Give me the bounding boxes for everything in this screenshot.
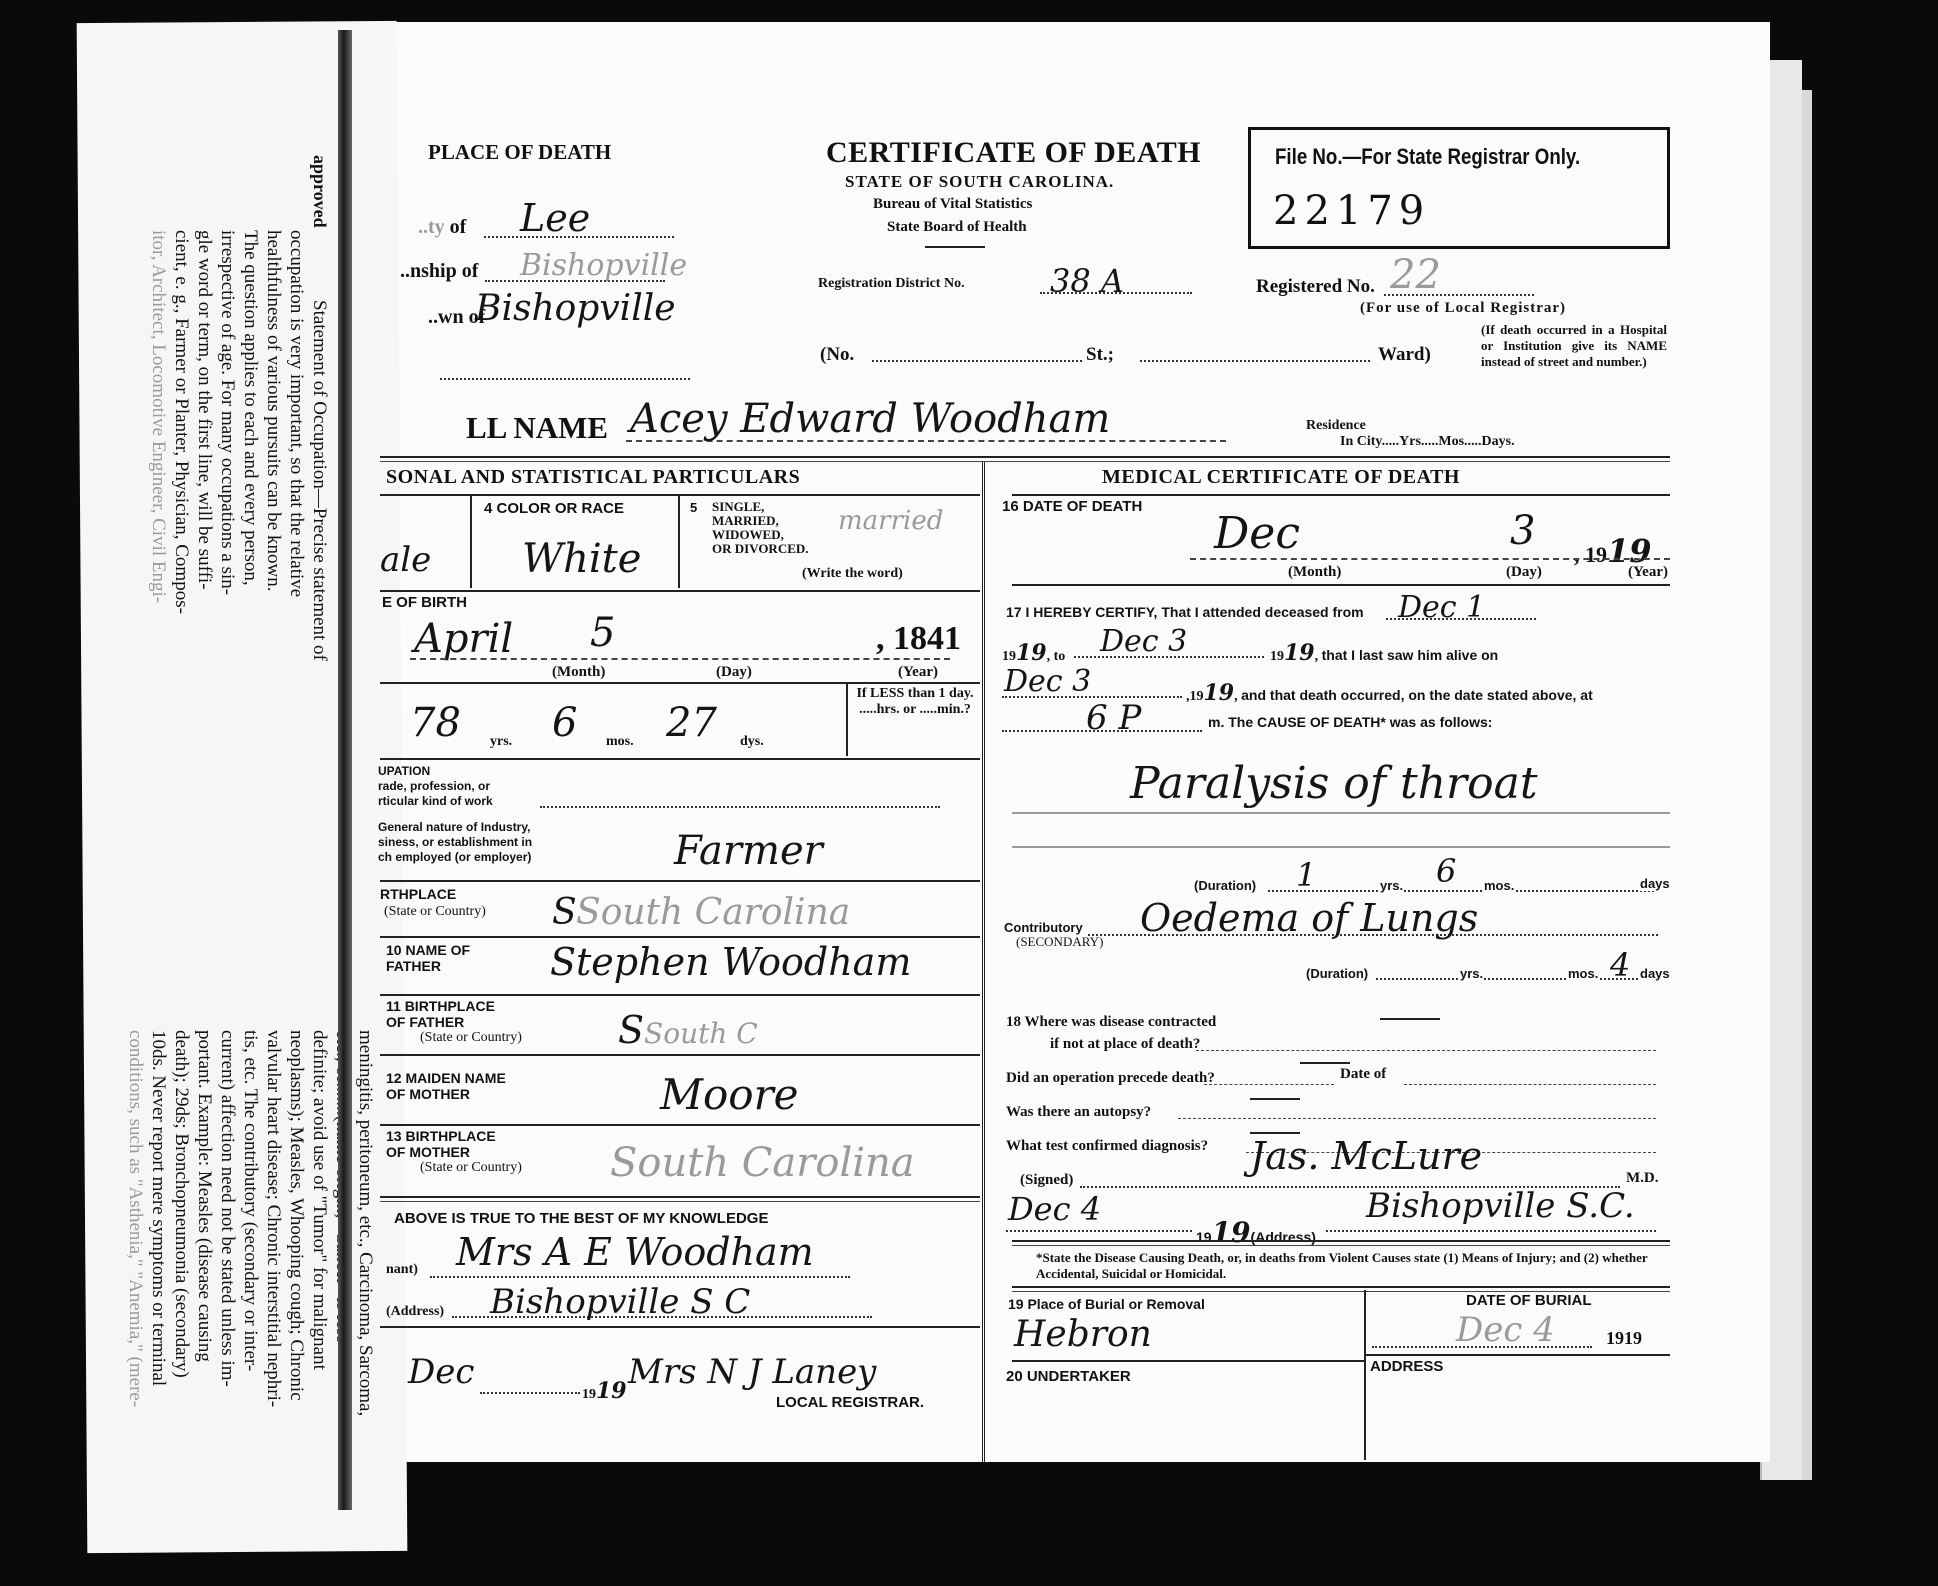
age-years: 78 [410, 700, 461, 746]
operation-label: Did an operation precede death? [1006, 1070, 1215, 1087]
dob-year-caption: (Year) [898, 664, 938, 681]
duration-mos-label: mos. [1484, 878, 1514, 893]
local-registrar-label: LOCAL REGISTRAR. [776, 1394, 924, 1411]
town-value: Bishopville [475, 288, 676, 329]
attended-from-year: 1919, to [1002, 640, 1065, 666]
less-than-day: If LESS than 1 day. .....hrs. or .....mi… [852, 686, 978, 718]
signed-label: (Signed) [1020, 1172, 1073, 1189]
autopsy-label: Was there an autopsy? [1006, 1104, 1151, 1121]
duration-mos: 6 [1436, 852, 1456, 890]
death-year-prefix: 19 [1585, 542, 1607, 567]
burial-date-value: Dec 4 [1456, 1310, 1555, 1350]
slip-line: death); 29ds; Bronchopneumonia (secondar… [171, 1030, 192, 1378]
file-box-label: File No.—For State Registrar Only. [1275, 144, 1580, 170]
color-race-label: 4 COLOR OR RACE [484, 500, 624, 517]
mother-maiden-label: 12 MAIDEN NAME OF MOTHER [386, 1070, 506, 1102]
signed-date: Dec 4 [1008, 1190, 1101, 1228]
occupation-value: Farmer [674, 828, 823, 874]
filed-year-value: 19 [596, 1378, 627, 1404]
death-day-caption: (Day) [1506, 564, 1542, 581]
attest-label: ABOVE IS TRUE TO THE BEST OF MY KNOWLEDG… [394, 1210, 768, 1227]
footnote: *State the Disease Causing Death, or, in… [1036, 1250, 1656, 1282]
contributory-yrs-label: yrs. [1460, 966, 1483, 981]
age-dys-label: dys. [740, 734, 764, 750]
slip-line: valvular heart disease; Chronic intersti… [263, 1030, 284, 1407]
last-saw-text: that I last saw him alive on [1322, 647, 1499, 663]
file-number: 22179 [1273, 188, 1430, 234]
dob-year-value: 1841 [893, 620, 961, 657]
death-year-caption: (Year) [1628, 564, 1668, 581]
burial-date-label: DATE OF BURIAL [1466, 1292, 1592, 1309]
age-mos-label: mos. [606, 734, 634, 750]
contributory-value: Oedema of Lungs [1140, 896, 1478, 940]
age-yrs-label: yrs. [490, 734, 512, 750]
binding-spine [338, 30, 352, 1510]
slip-line: tis, etc. The contributory (secondary or… [240, 1030, 261, 1371]
contracted-label: 18 Where was disease contracted [1006, 1014, 1216, 1031]
duration-label: (Duration) [1194, 878, 1256, 893]
burial-address-label: ADDRESS [1370, 1358, 1443, 1375]
cause-label: m. The CAUSE OF DEATH* was as follows: [1208, 714, 1492, 730]
age-months: 6 [552, 700, 577, 746]
filed-year-prefix: 19 [582, 1387, 596, 1402]
operation-date-label: Date of [1340, 1066, 1386, 1083]
informant-label: nant) [386, 1262, 418, 1278]
board-name: State Board of Health [887, 219, 1027, 236]
full-name-value: Acey Edward Woodham [630, 396, 1110, 442]
slip-line: cient, e. g., Farmer or Planter, Physici… [171, 230, 192, 614]
registered-no-value: 22 [1390, 252, 1441, 298]
age-days: 27 [666, 700, 717, 746]
contracted-sub: if not at place of death? [1050, 1036, 1200, 1053]
contributory-duration-label: (Duration) [1306, 966, 1368, 981]
street-no-label: (No. [820, 344, 854, 366]
informant-address-value: Bishopville S C [490, 1282, 750, 1322]
birthplace-value: SSouth Carolina [552, 892, 850, 933]
personal-heading: SONAL AND STATISTICAL PARTICULARS [386, 466, 800, 489]
ward-label: Ward) [1378, 344, 1431, 366]
birthplace-sub: (State or Country) [384, 904, 486, 920]
mother-maiden-value: Moore [660, 1070, 799, 1119]
death-day: 3 [1510, 508, 1535, 554]
burial-place-label: 19 Place of Burial or Removal [1008, 1296, 1205, 1312]
dob-month: April [414, 616, 513, 662]
marital-num: 5 [690, 500, 697, 515]
occupation-label: UPATIONrade, profession, orrticular kind… [378, 764, 588, 809]
marital-hint: (Write the word) [802, 566, 903, 582]
place-of-death-heading: PLACE OF DEATH [428, 140, 611, 165]
contributory-days-label: days [1640, 966, 1670, 981]
physician-signature: Jas. McLure [1250, 1134, 1482, 1178]
birthplace-label: RTHPLACE [380, 886, 456, 902]
sex-value: ale [380, 540, 431, 580]
secondary-label: (SECONDARY) [1016, 934, 1103, 950]
cause-value: Paralysis of throat [1130, 758, 1538, 809]
last-saw-year: ,1919, and that death occurred, on the d… [1186, 680, 1593, 706]
informant-value: Mrs A E Woodham [456, 1230, 814, 1274]
physician-address: Bishopville S.C. [1366, 1186, 1635, 1226]
street-label: St.; [1086, 344, 1114, 366]
color-race-value: White [522, 536, 641, 582]
marital-value: married [838, 506, 943, 536]
residence-label: Residence [1306, 418, 1366, 434]
slip-line: healthfulness of various pursuits can be… [263, 230, 284, 591]
contributory-label: Contributory [1004, 920, 1083, 935]
father-birthplace-value: SSouth C [618, 1008, 758, 1052]
mother-birthplace-sub: (State or Country) [420, 1160, 522, 1176]
filed-year: 1919 [582, 1378, 627, 1404]
registration-district-label: Registration District No. [818, 276, 965, 292]
father-birthplace-text: South C [644, 1017, 758, 1050]
father-name-value: Stephen Woodham [550, 940, 911, 984]
slip-line: definite; avoid use of "Tumor" for malig… [309, 1030, 330, 1370]
slip-line: neoplasms); Measles, Whooping cough; Chr… [286, 1030, 307, 1401]
attended-to-year-value: 19 [1284, 640, 1315, 666]
slip-line: 10ds. Never report mere symptoms or term… [148, 1030, 169, 1386]
local-registrar-note: (For use of Local Registrar) [1360, 300, 1566, 317]
dob-year: , 1841 [876, 620, 961, 658]
contributory-days: 4 [1610, 946, 1630, 984]
bureau-name: Bureau of Vital Statistics [873, 196, 1032, 213]
contributory-mos-label: mos. [1568, 966, 1598, 981]
hospital-note: (If death occurred in a Hospital or Inst… [1481, 322, 1667, 370]
state-name: STATE OF SOUTH CAROLINA. [845, 172, 1114, 192]
township-label: ..nship of [400, 260, 478, 283]
county-value: Lee [520, 196, 590, 240]
mother-birthplace-label: 13 BIRTHPLACE OF MOTHER [386, 1128, 506, 1160]
full-name-label: LL NAME [466, 410, 608, 446]
slip-line: portant. Example: Measles (disease causi… [194, 1030, 215, 1362]
slip-line: current) affection need not be stated un… [217, 1030, 238, 1387]
md-label: M.D. [1626, 1170, 1659, 1187]
certificate-title: CERTIFICATE OF DEATH [826, 136, 1201, 170]
dob-label: E OF BIRTH [382, 594, 467, 611]
marital-label: SINGLE, MARRIED, WIDOWED, OR DIVORCED. [712, 500, 809, 556]
certify-text: 17 I HEREBY CERTIFY, That I attended dec… [1006, 604, 1364, 620]
undertaker-label: 20 UNDERTAKER [1006, 1368, 1131, 1385]
slip-line: itor, Architect, Locomotive Engineer, Ci… [148, 230, 169, 603]
registered-no-label: Registered No. [1256, 276, 1375, 298]
father-name-label: 10 NAME OF FATHER [386, 942, 486, 974]
burial-date-year: 1919 [1606, 1328, 1642, 1349]
to-label: to [1054, 649, 1066, 664]
dob-month-caption: (Month) [552, 664, 605, 681]
slip-line: meningitis, peritoneum, etc., Carcinoma,… [355, 1030, 376, 1416]
attended-to: Dec 3 [1100, 624, 1187, 659]
death-occurred-text: and that death occurred, on the date sta… [1241, 687, 1593, 703]
dob-day: 5 [590, 610, 615, 656]
slip-line: The question applies to each and every p… [240, 230, 261, 586]
registration-district-value: 38 A [1050, 262, 1124, 300]
last-saw-year-value: 19 [1204, 680, 1235, 706]
local-registrar-value: Mrs N J Laney [628, 1352, 876, 1392]
last-saw-date: Dec 3 [1004, 664, 1091, 699]
death-time: 6 P [1086, 698, 1141, 738]
slip-line: Statement of Occupation—Precise statemen… [309, 300, 330, 661]
death-month: Dec [1214, 508, 1300, 559]
death-month-caption: (Month) [1288, 564, 1341, 581]
residence-line: In City.....Yrs.....Mos.....Days. [1340, 434, 1515, 450]
birthplace-text: South Carolina [576, 892, 850, 933]
filed-month: Dec [408, 1352, 474, 1392]
duration-yrs: 1 [1296, 856, 1316, 894]
date-of-death-label: 16 DATE OF DEATH [1002, 498, 1142, 515]
father-birthplace-sub: (State or Country) [420, 1030, 522, 1046]
attended-from-year-value: 19 [1016, 640, 1047, 666]
attended-to-year: 1919, that I last saw him alive on [1270, 640, 1498, 666]
informant-address-label: (Address) [386, 1304, 444, 1320]
test-label: What test confirmed diagnosis? [1006, 1138, 1208, 1155]
duration-days-label: days [1640, 876, 1670, 891]
duration-yrs-label: yrs. [1380, 878, 1403, 893]
slip-text-block: Statement of Occupation—Precise statemen… [106, 110, 336, 1530]
attended-from: Dec 1 [1398, 590, 1485, 625]
industry-label: General nature of Industry,siness, or es… [378, 820, 608, 865]
slip-line: conditions, such as "Asthenia," "Anemia,… [125, 1030, 146, 1407]
medical-heading: MEDICAL CERTIFICATE OF DEATH [1102, 466, 1460, 489]
county-label: ..ty of [418, 216, 466, 239]
slip-line: gle word or term, on the first line, wil… [194, 230, 215, 590]
father-birthplace-label: 11 BIRTHPLACE OF FATHER [386, 998, 496, 1030]
mother-birthplace-value: South Carolina [610, 1140, 915, 1186]
file-number-box: File No.—For State Registrar Only. 22179 [1248, 127, 1670, 249]
slip-line: irrespective of age. For many occupation… [217, 230, 238, 595]
dob-day-caption: (Day) [716, 664, 752, 681]
slip-line: occupation is very important, so that th… [286, 230, 307, 597]
burial-place-value: Hebron [1014, 1314, 1152, 1355]
township-value: Bishopville [520, 248, 687, 283]
